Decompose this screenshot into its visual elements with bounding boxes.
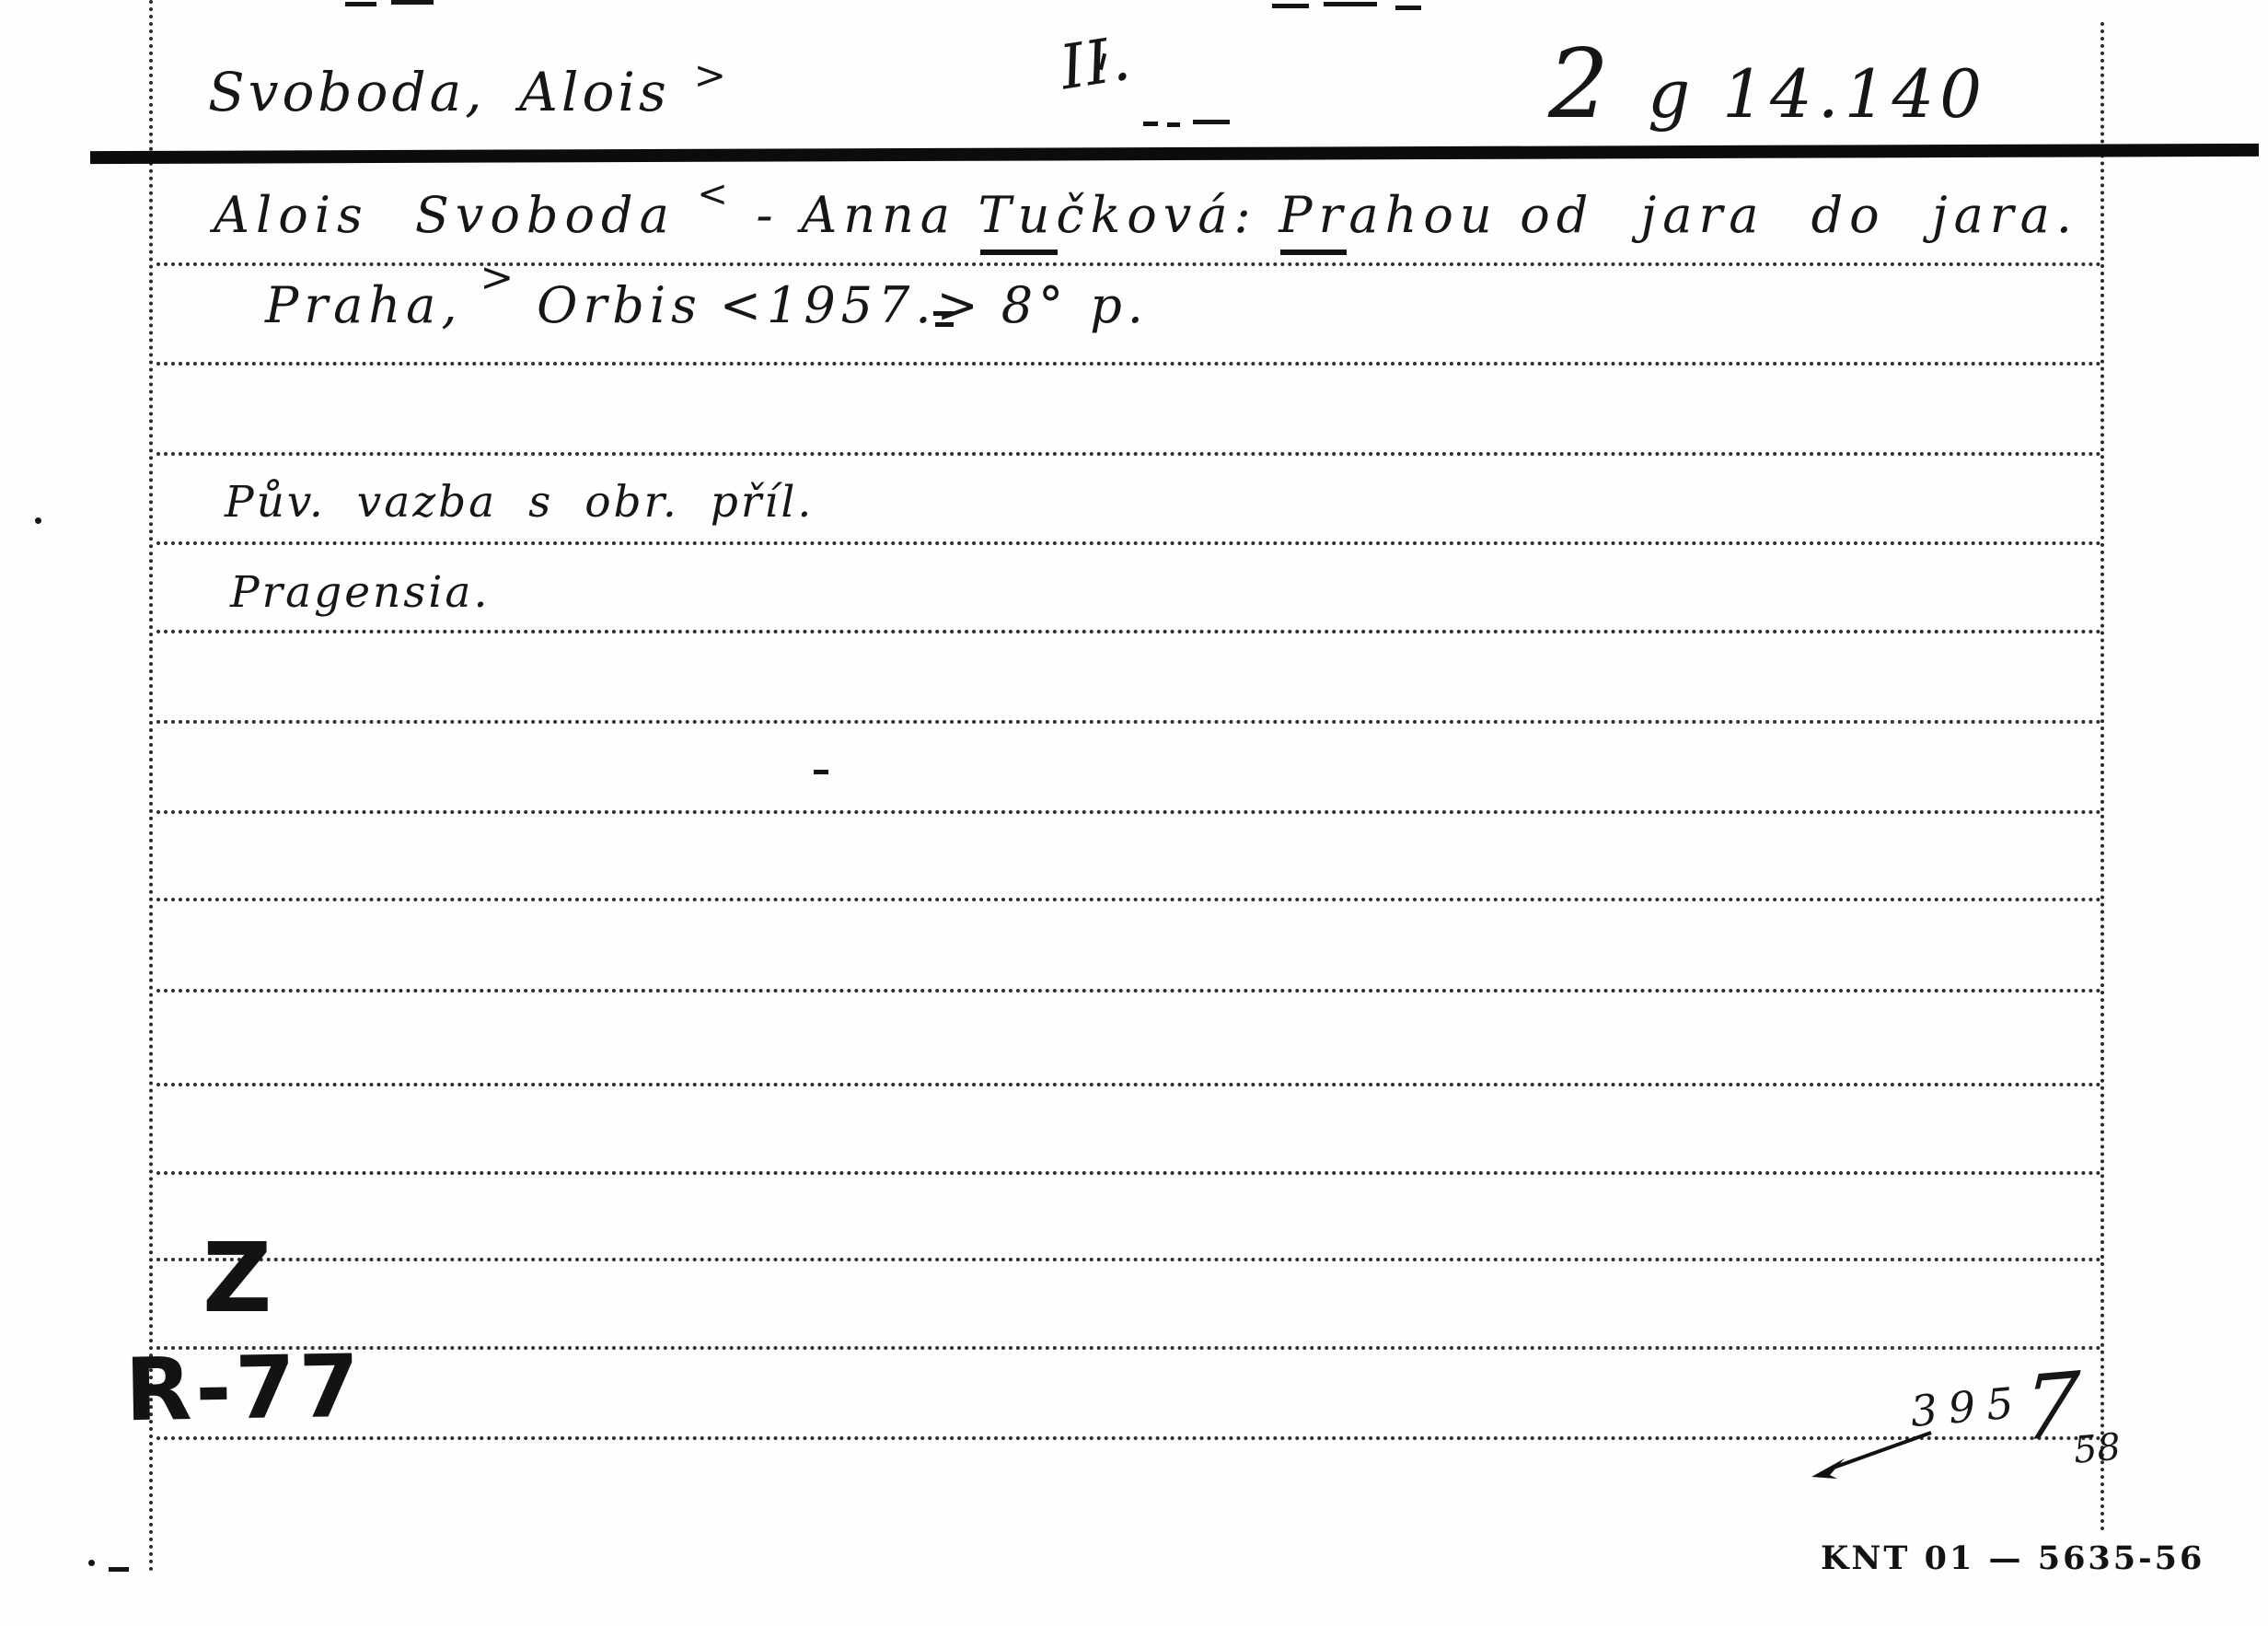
insertion-caret-mark: < — [697, 173, 735, 215]
scan-speck — [35, 517, 41, 524]
rule-line — [156, 1171, 2102, 1175]
entry-line-1: Alois Svoboda < - Anna Tučková: Prahou o… — [214, 186, 2078, 244]
rule-line — [156, 1083, 2102, 1086]
separator-dash: - — [756, 186, 779, 244]
location-letter: Z — [202, 1230, 272, 1326]
stray-pen-mark — [109, 1567, 129, 1572]
heading-separator-bar — [90, 144, 2259, 164]
binding-note: Pův. vazba s obr. příl. — [225, 477, 814, 528]
rule-line — [156, 362, 2102, 366]
stray-pen-mark — [1143, 122, 1158, 126]
volume-numeral: II. — [1055, 23, 1135, 104]
imprint-place: Praha, — [265, 276, 462, 334]
rule-line — [156, 720, 2102, 724]
stray-pen-mark — [391, 0, 434, 5]
name-heading: Svoboda, Alois> — [208, 61, 730, 123]
format-statement: 8° p. — [1001, 276, 1149, 334]
stray-pen-mark — [1272, 4, 1309, 8]
publisher: Orbis — [537, 276, 702, 334]
rule-line — [156, 630, 2102, 633]
stray-pen-mark — [345, 2, 376, 6]
accession-number: 395 7 58 — [1908, 1368, 2128, 1452]
rule-line — [156, 1346, 2102, 1350]
rule-line — [156, 262, 2102, 266]
stray-pen-mark — [1167, 122, 1180, 127]
call-number: 2 g 14.140 — [1548, 28, 1987, 140]
title-rest: od jara do jara. — [1520, 186, 2078, 244]
heading-text: Svoboda, Alois — [208, 61, 670, 123]
author-name: Alois Svoboda — [214, 186, 676, 244]
rule-line — [156, 898, 2102, 901]
title-first-word: Prahou — [1279, 186, 1498, 244]
stray-pen-mark — [933, 311, 954, 316]
shelf-mark: R-77 — [124, 1344, 364, 1434]
stray-pen-mark — [814, 770, 828, 774]
catalog-card: Svoboda, Alois> II. 2 g 14.140 Alois Svo… — [0, 0, 2268, 1626]
stray-pen-mark — [1324, 2, 1377, 6]
right-margin-rule — [2100, 22, 2104, 1532]
rule-line — [156, 810, 2102, 814]
card-form-imprint: KNT 01 — 5635-56 — [1821, 1539, 2204, 1577]
entry-line-2: Praha, > Orbis <1957.> 8° p. — [265, 276, 1149, 334]
rule-line — [156, 541, 2102, 545]
left-margin-rule — [149, 0, 153, 1573]
accession-year: 58 — [2072, 1426, 2123, 1472]
coauthor-first-name: Anna — [801, 186, 956, 244]
copy-number: 2 — [1548, 28, 1609, 140]
subject-note: Pragensia. — [230, 567, 490, 618]
rule-line — [156, 1258, 2102, 1261]
stray-pen-mark — [1193, 120, 1230, 124]
stray-pen-mark — [935, 322, 954, 327]
rule-line — [156, 452, 2102, 456]
insertion-caret-mark: > — [694, 52, 730, 98]
call-number-text: g 14.140 — [1648, 55, 1987, 133]
insertion-caret-mark: > — [480, 254, 519, 301]
scan-speck — [88, 1560, 95, 1566]
stray-pen-mark — [1395, 6, 1421, 10]
accession-number-top: 395 — [1908, 1377, 2026, 1437]
rule-line — [156, 989, 2102, 993]
coauthor-surname: Tučková: — [978, 186, 1257, 244]
